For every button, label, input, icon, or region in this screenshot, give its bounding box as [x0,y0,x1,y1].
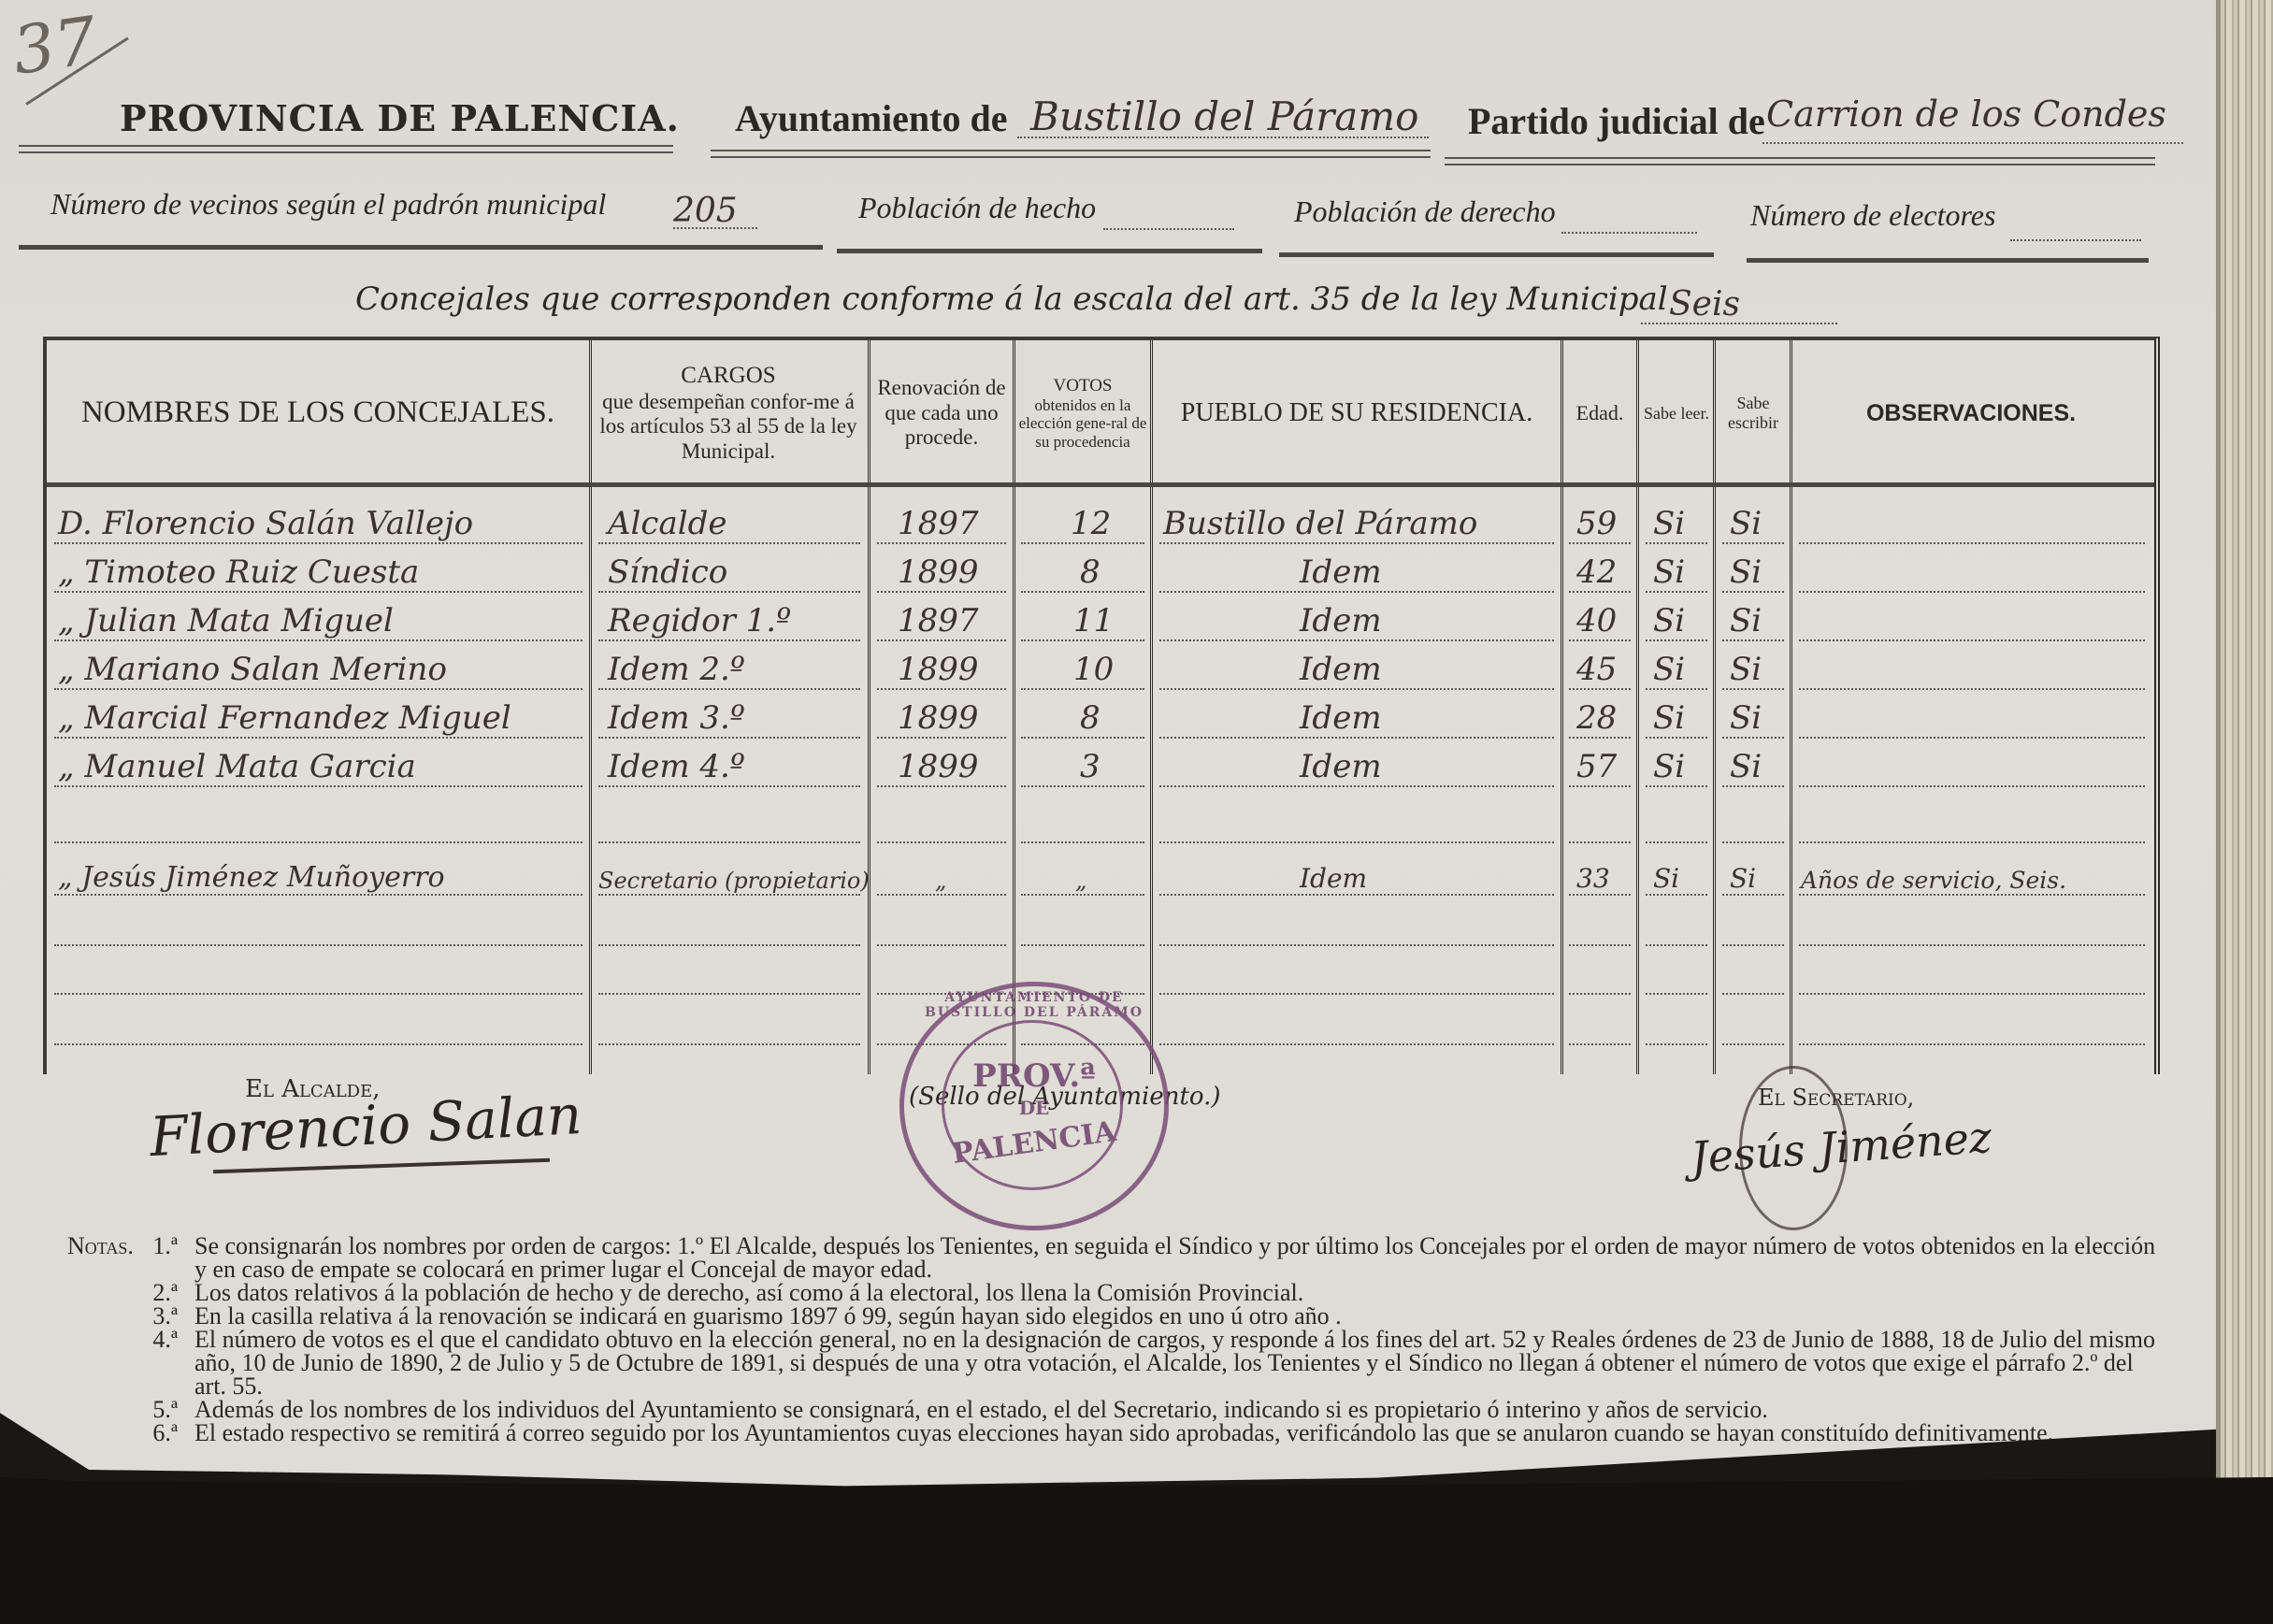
cell-pueblo: Idem [1300,602,1382,640]
header-votos-title: VOTOS [1054,376,1113,396]
rule [19,245,823,250]
notes-section: Notas. 1.ªSe consignarán los nombres por… [67,1234,2162,1444]
cell-pueblo: Idem [1300,863,1367,894]
stamp-ring-text: AYUNTAMIENTO DE BUSTILLO DEL PÁRAMO [904,990,1164,1020]
cell-nombre: „ Julian Mata Miguel [58,602,394,640]
concejales-value: Seis [1641,285,1740,323]
electores-field [2010,208,2141,241]
cell-renovacion: 1899 [898,748,979,785]
vecinos-value: 205 [673,192,738,230]
header-sabe-escribir: Sabe escribir [1717,348,1790,479]
cell-cargo: Regidor 1.º [608,602,791,640]
table-row: „ Marcial Fernandez Miguel Idem 3.º 1899… [47,694,2154,742]
cell-votos: 3 [1080,748,1101,785]
table-row: „ Timoteo Ruiz Cuesta Síndico 1899 8 Ide… [47,548,2154,596]
note-item: 4.ªEl número de votos es el que el candi… [67,1328,2162,1398]
ayuntamiento-label: Ayuntamiento de [735,96,1007,140]
rule [1279,252,1714,257]
note-number: 4.ª [67,1328,194,1398]
rule [711,150,1431,158]
table-row-secretario: „ Jesús Jiménez Muñoyerro Secretario (pr… [47,851,2154,899]
margin-page-number: 37 [8,2,102,90]
header-pueblo: PUEBLO DE SU RESIDENCIA. [1154,348,1560,479]
cell-votos: „ [1075,868,1086,894]
header-cargos-sub: que desempeñan confor-me á los artículos… [591,390,866,464]
note-text: Además de los nombres de los individuos … [194,1398,2162,1421]
cell-escribir: Si [1730,748,1762,785]
cell-pueblo: Bustillo del Páramo [1163,505,1477,542]
header-rule [47,482,2154,487]
note-number: 6.ª [67,1421,194,1444]
vecinos-field: 205 [673,192,757,229]
header-renovacion: Renovación de que cada uno procede. [871,348,1012,479]
cell-escribir: Si [1730,553,1762,591]
header-sabe-leer: Sabe leer. [1640,348,1713,479]
concejales-field: Seis [1641,285,1837,324]
note-text: El estado respectivo se remitirá á corre… [194,1421,2162,1444]
header-votos-sub: obtenidos en la elección gene-ral de su … [1016,396,1149,452]
cell-nombre: „ Mariano Salan Merino [58,651,447,688]
municipal-stamp: AYUNTAMIENTO DE BUSTILLO DEL PÁRAMO PROV… [899,982,1169,1230]
cell-leer: Si [1653,553,1685,591]
cell-cargo: Alcalde [608,505,727,542]
note-number: 2.ª [67,1281,194,1304]
cell-nombre: „ Marcial Fernandez Miguel [58,699,511,737]
rule [1445,157,2155,165]
note-number: 5.ª [67,1398,194,1421]
cell-edad: 42 [1576,553,1617,591]
cell-escribir: Si [1730,602,1762,640]
cell-edad: 28 [1576,699,1617,737]
cell-edad: 57 [1576,748,1617,785]
header-nombres: NOMBRES DE LOS CONCEJALES. [47,348,589,479]
header-observaciones: OBSERVACIONES. [1793,348,2149,479]
partido-label: Partido judicial de [1468,99,1765,143]
cell-edad: 40 [1576,602,1617,640]
note-item: 5.ªAdemás de los nombres de los individu… [67,1398,2162,1421]
cell-edad: 45 [1576,651,1617,688]
cell-renovacion: 1897 [898,602,979,640]
partido-field: Carrion de los Condes [1762,93,2183,144]
cell-pueblo: Idem [1300,553,1382,591]
rule [19,145,673,153]
note-item: 1.ªSe consignarán los nombres por orden … [67,1234,2162,1281]
cell-leer: Si [1653,699,1685,737]
cell-cargo: Idem 4.º [608,748,745,785]
note-item: 2.ªLos datos relativos á la población de… [67,1281,2162,1304]
table-row: „ Mariano Salan Merino Idem 2.º 1899 10 … [47,645,2154,694]
table-row-empty [47,901,2154,950]
cell-pueblo: Idem [1300,748,1382,785]
header-edad: Edad. [1563,348,1636,479]
notes-label: Notas. [67,1234,134,1258]
note-text: Los datos relativos á la población de he… [194,1281,2162,1304]
province-title: PROVINCIA DE PALENCIA. [120,97,680,139]
header-votos: VOTOS obtenidos en la elección gene-ral … [1016,348,1149,479]
cell-pueblo: Idem [1300,651,1382,688]
ayuntamiento-field: Bustillo del Páramo [1017,93,1429,138]
note-item: 6.ªEl estado respectivo se remitirá á co… [67,1421,2162,1444]
cell-leer: Si [1653,863,1679,894]
table-row: D. Florencio Salán Vallejo Alcalde 1897 … [47,499,2154,548]
document-page: 37 PROVINCIA DE PALENCIA. Ayuntamiento d… [0,0,2221,1624]
scan-shadow [0,1477,2273,1624]
table-row: „ Julian Mata Miguel Regidor 1.º 1897 11… [47,596,2154,645]
cell-leer: Si [1653,602,1685,640]
table-row-empty [47,798,2154,847]
electores-label: Número de electores [1750,198,1995,233]
cell-leer: Si [1653,748,1685,785]
rule [837,249,1262,253]
vecinos-label: Número de vecinos según el padrón munici… [50,187,606,222]
cell-leer: Si [1653,651,1685,688]
stamp-line1: PROV.ª [904,1057,1164,1095]
cell-renovacion: 1899 [898,651,979,688]
cell-cargo: Idem 2.º [608,651,745,688]
concejales-table: NOMBRES DE LOS CONCEJALES. CARGOS que de… [43,337,2160,1074]
secretario-signature: Jesús Jiménez [1690,1112,1993,1183]
cell-renovacion: 1899 [898,553,979,591]
poblacion-derecho-label: Población de derecho [1294,194,1556,229]
poblacion-hecho-label: Población de hecho [858,191,1096,225]
cell-pueblo: Idem [1300,699,1382,737]
partido-value: Carrion de los Condes [1762,93,2166,135]
cell-cargo: Secretario (propietario) [598,868,870,894]
header-cargos: CARGOS que desempeñan confor-me á los ar… [591,348,866,479]
alcalde-signature: Florencio Salan [149,1083,583,1169]
poblacion-derecho-field [1561,200,1697,234]
note-text: El número de votos es el que el candidat… [194,1328,2162,1398]
note-item: 3.ªEn la casilla relativa á la renovació… [67,1304,2162,1328]
cell-nombre: D. Florencio Salán Vallejo [58,505,473,542]
cell-votos: 8 [1080,699,1101,737]
cell-nombre: „ Timoteo Ruiz Cuesta [58,553,419,591]
note-number: 3.ª [67,1304,194,1328]
cell-votos: 10 [1073,651,1114,688]
cell-cargo: Síndico [608,553,727,591]
cell-votos: 8 [1080,553,1101,591]
cell-votos: 12 [1071,505,1111,542]
cell-nombre: „ Manuel Mata Garcia [58,748,416,785]
cell-renovacion: 1897 [898,505,979,542]
cell-escribir: Si [1730,863,1756,894]
rule [1747,258,2149,263]
cell-cargo: Idem 3.º [608,699,745,737]
table-row: „ Manuel Mata Garcia Idem 4.º 1899 3 Ide… [47,742,2154,791]
concejales-label: Concejales que corresponden conforme á l… [355,280,1668,318]
header-cargos-title: CARGOS [681,363,775,390]
cell-renovacion: „ [935,868,946,894]
note-text: En la casilla relativa á la renovación s… [194,1304,2162,1328]
note-text: Se consignarán los nombres por orden de … [194,1234,2162,1281]
ayuntamiento-value: Bustillo del Páramo [1017,93,1418,139]
book-page-stack [2221,0,2273,1624]
cell-votos: 11 [1073,602,1114,640]
cell-leer: Si [1653,505,1685,542]
cell-escribir: Si [1730,505,1762,542]
poblacion-hecho-field [1103,196,1234,230]
cell-escribir: Si [1730,651,1762,688]
cell-edad: 33 [1576,863,1610,894]
cell-observaciones: Años de servicio, Seis. [1801,867,2066,894]
cell-escribir: Si [1730,699,1762,737]
cell-edad: 59 [1576,505,1617,542]
cell-nombre: „ Jesús Jiménez Muñoyerro [58,861,445,894]
cell-renovacion: 1899 [898,699,979,737]
